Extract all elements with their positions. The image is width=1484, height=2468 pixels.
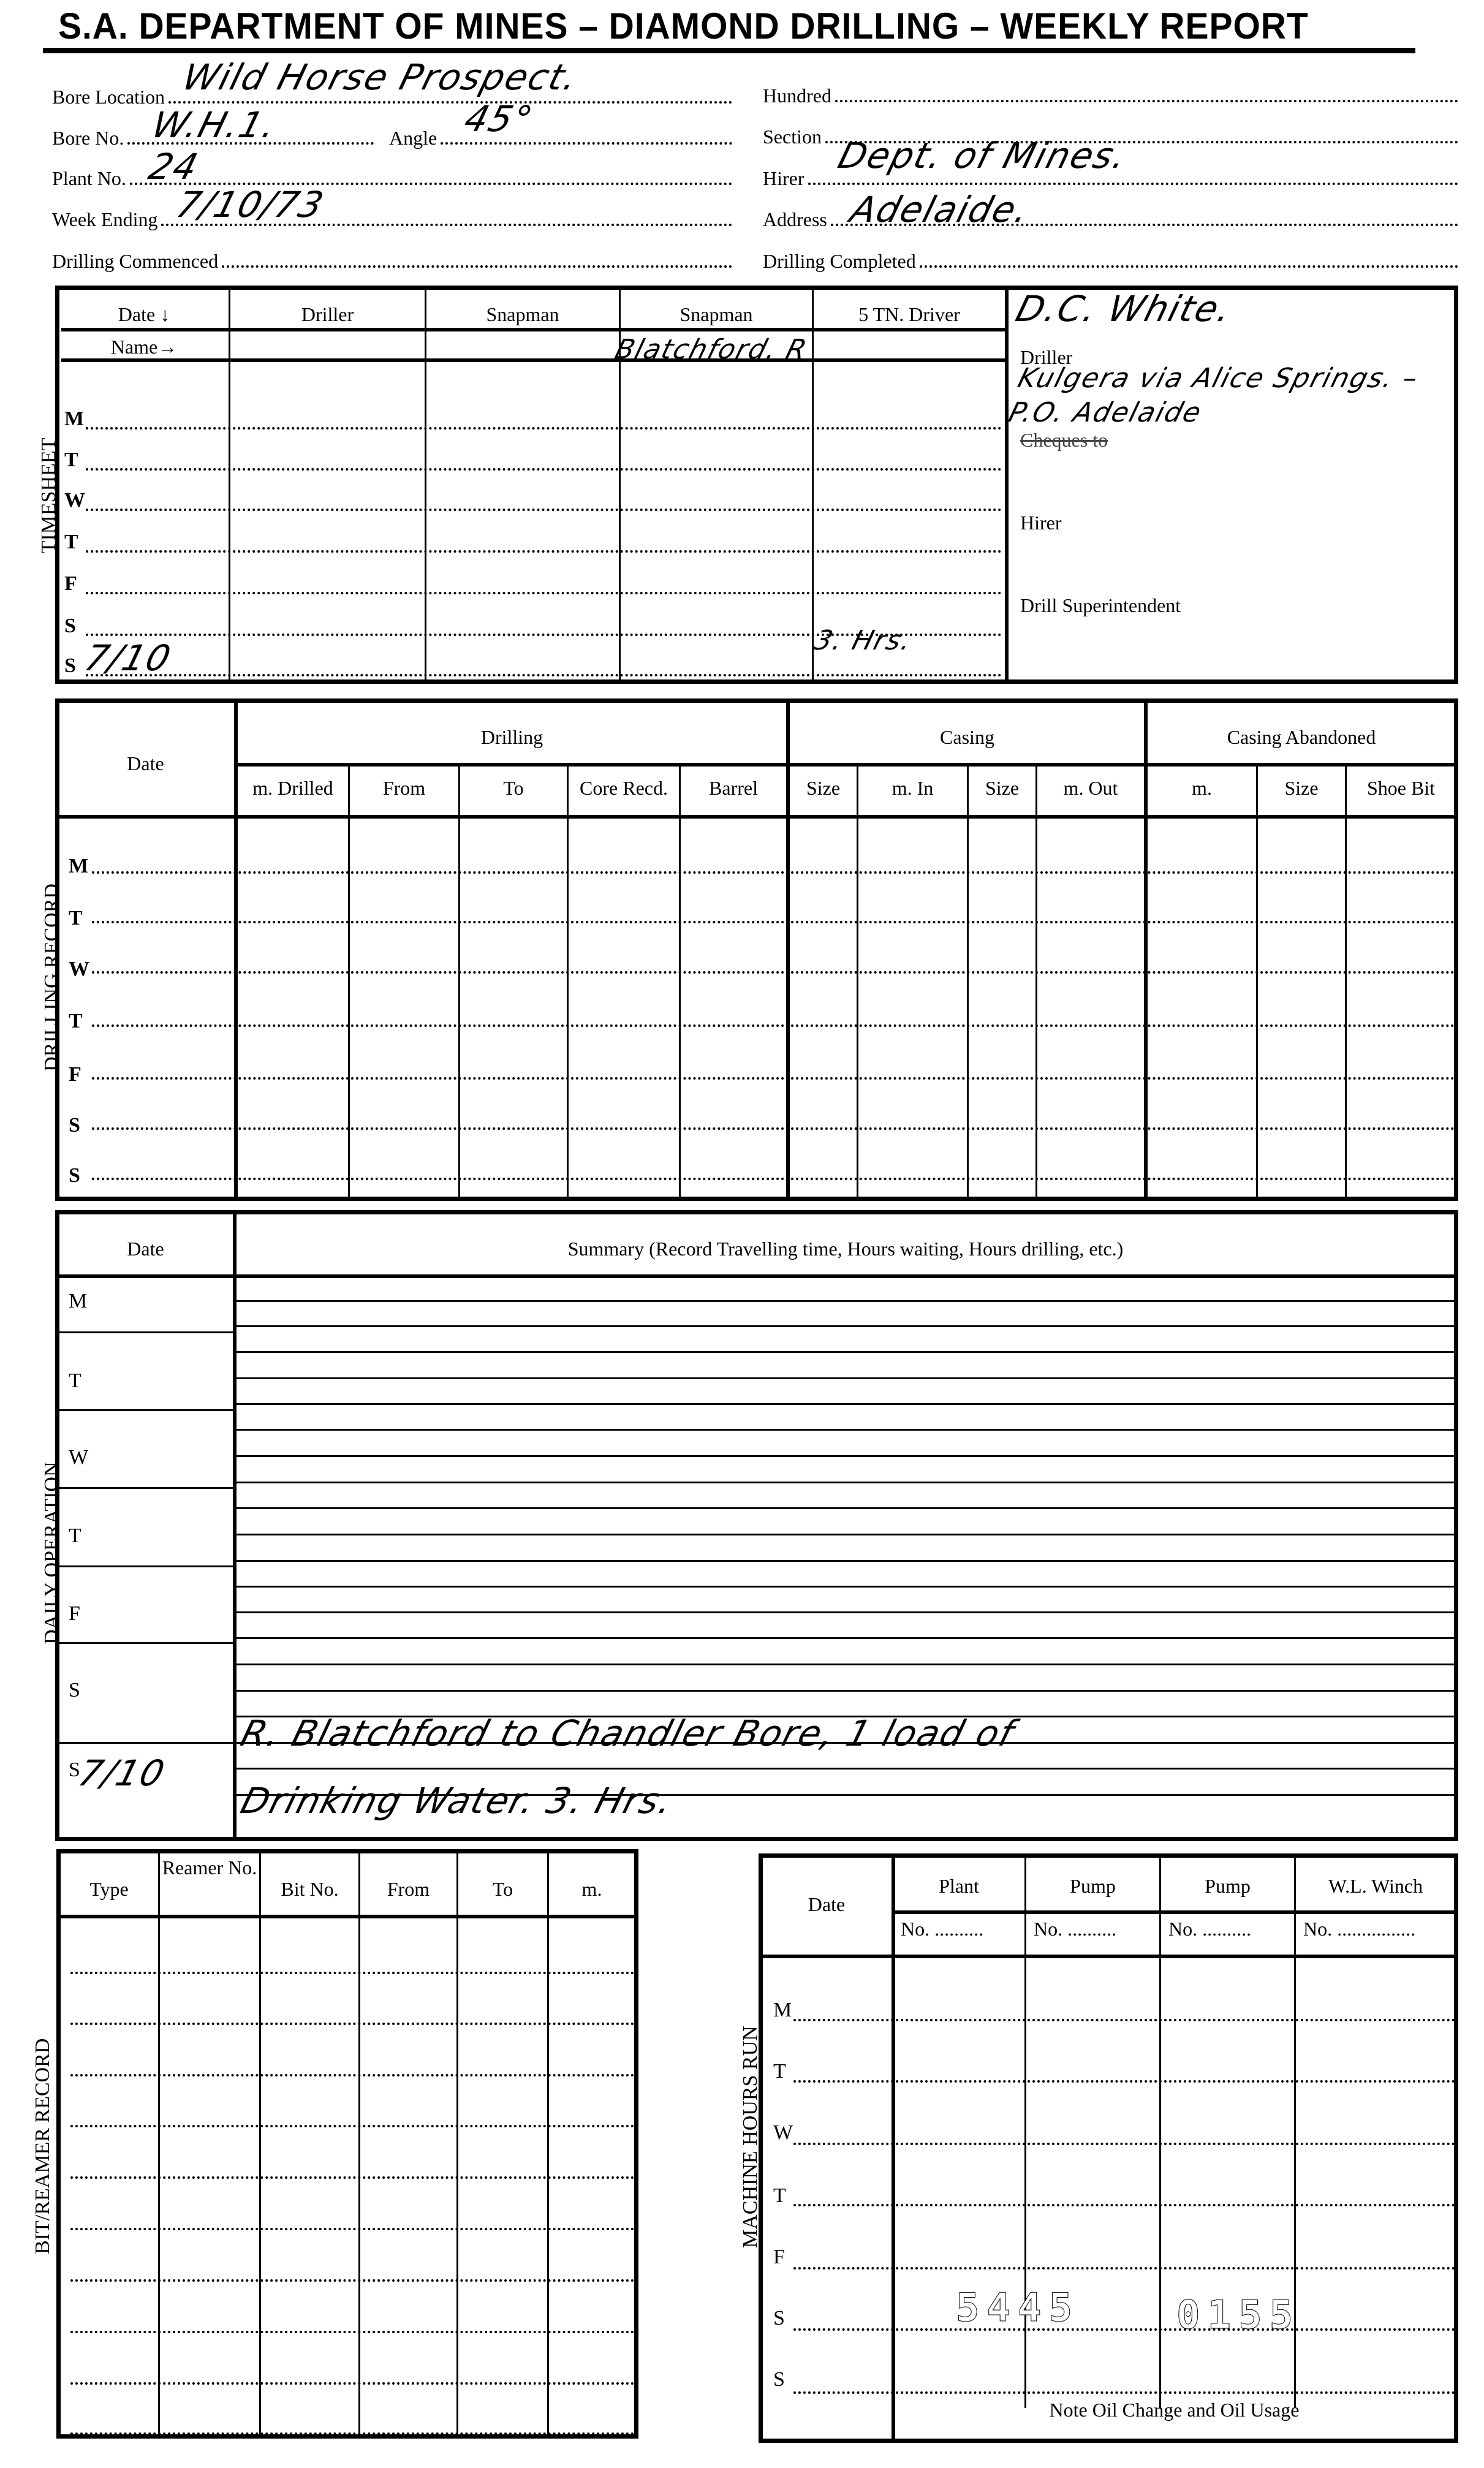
do-day-w: W [69, 1446, 88, 1469]
ts-date-header: Date ↓ [61, 303, 227, 326]
dr-day-m: M [69, 855, 88, 878]
dr-col-casing-size-out: Size [969, 777, 1035, 800]
mh-winch-no-field[interactable]: No. ................ [1303, 1918, 1415, 1940]
ts-day-m: M [64, 407, 84, 431]
cheques-to-value: Kulgera via Alice Springs. – P.O. Adelai… [1005, 361, 1477, 430]
dr-day-s: S [69, 1114, 80, 1137]
hundred-field[interactable]: Hundred [763, 85, 1458, 107]
br-col-to: To [458, 1878, 547, 1901]
ts-day-s: S [64, 615, 76, 638]
br-col-bit-no: Bit No. [261, 1878, 358, 1901]
angle-field[interactable]: Angle [389, 127, 732, 150]
bit-reamer-table [56, 1849, 638, 2439]
mh-col-pump-1: Pump [1026, 1875, 1159, 1898]
mh-pump-hours-stamp: 0155 [1176, 2293, 1300, 2338]
dr-day-w: W [69, 958, 89, 981]
do-sunday-summary-line-1: R. Blatchford to Chandler Bore, 1 load o… [237, 1713, 1020, 1754]
dr-group-drilling: Drilling [238, 726, 786, 749]
mh-day-t2: T [773, 2184, 786, 2208]
do-date-header: Date [58, 1238, 233, 1260]
dr-col-m-drilled: m. Drilled [238, 777, 348, 800]
br-col-from: From [360, 1878, 456, 1901]
mh-col-plant: Plant [893, 1875, 1024, 1898]
drilling-commenced-field[interactable]: Drilling Commenced [52, 250, 732, 273]
ts-sunday-driver-hours: 3. Hrs. [811, 625, 916, 656]
ts-col-driller: Driller [230, 303, 425, 326]
machine-hours-table [759, 1853, 1458, 2443]
mh-day-s2: S [773, 2368, 785, 2391]
week-ending-field[interactable]: Week Ending [52, 208, 732, 231]
mh-plant-hours-stamp: 5445 [956, 2285, 1080, 2331]
do-sunday-date: 7/10 [74, 1752, 170, 1794]
ts-sunday-date: 7/10 [80, 637, 176, 679]
drilling-record-table [55, 698, 1458, 1201]
ts-col-snapman-1: Snapman [426, 303, 619, 326]
mh-date-header: Date [762, 1893, 892, 1916]
dr-date-header: Date [58, 752, 233, 775]
mh-pump-2-no-field[interactable]: No. .......... [1168, 1918, 1251, 1940]
dr-col-casing-size-in: Size [790, 777, 857, 800]
ts-day-w: W [64, 489, 85, 512]
ts-name-header: Name→ [61, 336, 227, 358]
ts-day-s2: S [64, 654, 76, 678]
driller-signature: D.C. White. [1012, 288, 1237, 330]
drill-superintendent-label: Drill Superintendent [1020, 594, 1181, 617]
hirer-signature-label: Hirer [1020, 512, 1062, 534]
dr-col-shoe-bit: Shoe Bit [1347, 777, 1455, 800]
mh-day-f: F [773, 2246, 785, 2269]
dr-col-barrel: Barrel [681, 777, 786, 800]
ts-day-t2: T [64, 531, 78, 554]
br-col-m: m. [549, 1878, 635, 1901]
do-day-f: F [69, 1602, 80, 1626]
dr-group-casing: Casing [790, 726, 1144, 749]
mh-col-pump-2: Pump [1161, 1875, 1294, 1898]
mh-oil-note: Note Oil Change and Oil Usage [893, 2399, 1455, 2421]
week-ending-value: 7/10/73 [172, 184, 329, 225]
address-value: Adelaide. [846, 189, 1034, 230]
dr-col-m-out: m. Out [1037, 777, 1144, 800]
br-col-reamer-no: Reamer No. [160, 1857, 259, 1879]
mh-day-t: T [773, 2060, 786, 2083]
do-day-m: M [69, 1290, 87, 1313]
dr-day-t2: T [69, 1010, 83, 1033]
dr-group-casing-abandoned: Casing Abandoned [1148, 726, 1455, 749]
dr-day-t: T [69, 907, 83, 930]
title-underline [43, 48, 1415, 53]
mh-day-s: S [773, 2307, 785, 2330]
ts-day-t: T [64, 449, 78, 472]
mh-plant-no-field[interactable]: No. .......... [901, 1918, 983, 1940]
dr-col-core-recd: Core Recd. [569, 777, 679, 800]
mh-day-w: W [773, 2121, 793, 2144]
do-day-t: T [69, 1369, 81, 1393]
dr-col-to: To [460, 777, 567, 800]
angle-value: 45° [460, 98, 538, 140]
br-col-type: Type [60, 1878, 158, 1901]
bit-reamer-section-label: BIT/REAMER RECORD [31, 2058, 55, 2254]
do-sunday-summary-line-2: Drinking Water. 3. Hrs. [237, 1780, 678, 1822]
do-day-t2: T [69, 1524, 81, 1548]
hirer-value: Dept. of Mines. [834, 135, 1132, 176]
bore-location-value: Wild Horse Prospect. [178, 56, 583, 98]
dr-col-from: From [350, 777, 458, 800]
ts-col-5tn-driver: 5 TN. Driver [814, 303, 1005, 326]
cheques-to-label: Cheques to [1020, 429, 1108, 452]
ts-col-snapman-2: Snapman [621, 303, 812, 326]
dr-col-abandoned-m: m. [1148, 777, 1256, 800]
mh-day-m: M [773, 1999, 792, 2022]
ts-day-f: F [64, 572, 77, 596]
mh-pump-1-no-field[interactable]: No. .......... [1034, 1918, 1116, 1940]
bore-no-value: W.H.1. [148, 104, 282, 146]
drilling-completed-field[interactable]: Drilling Completed [763, 250, 1458, 273]
dr-day-f: F [69, 1063, 81, 1086]
ts-name-snapman-2: Blatchford. R [611, 334, 811, 365]
mh-col-wl-winch: W.L. Winch [1296, 1875, 1455, 1898]
do-day-s: S [69, 1679, 80, 1702]
report-title: S.A. DEPARTMENT OF MINES – DIAMOND DRILL… [58, 5, 1357, 47]
dr-col-abandoned-size: Size [1258, 777, 1345, 800]
do-summary-header: Summary (Record Travelling time, Hours w… [236, 1238, 1455, 1260]
dr-col-m-in: m. In [858, 777, 967, 800]
dr-day-s2: S [69, 1164, 80, 1187]
